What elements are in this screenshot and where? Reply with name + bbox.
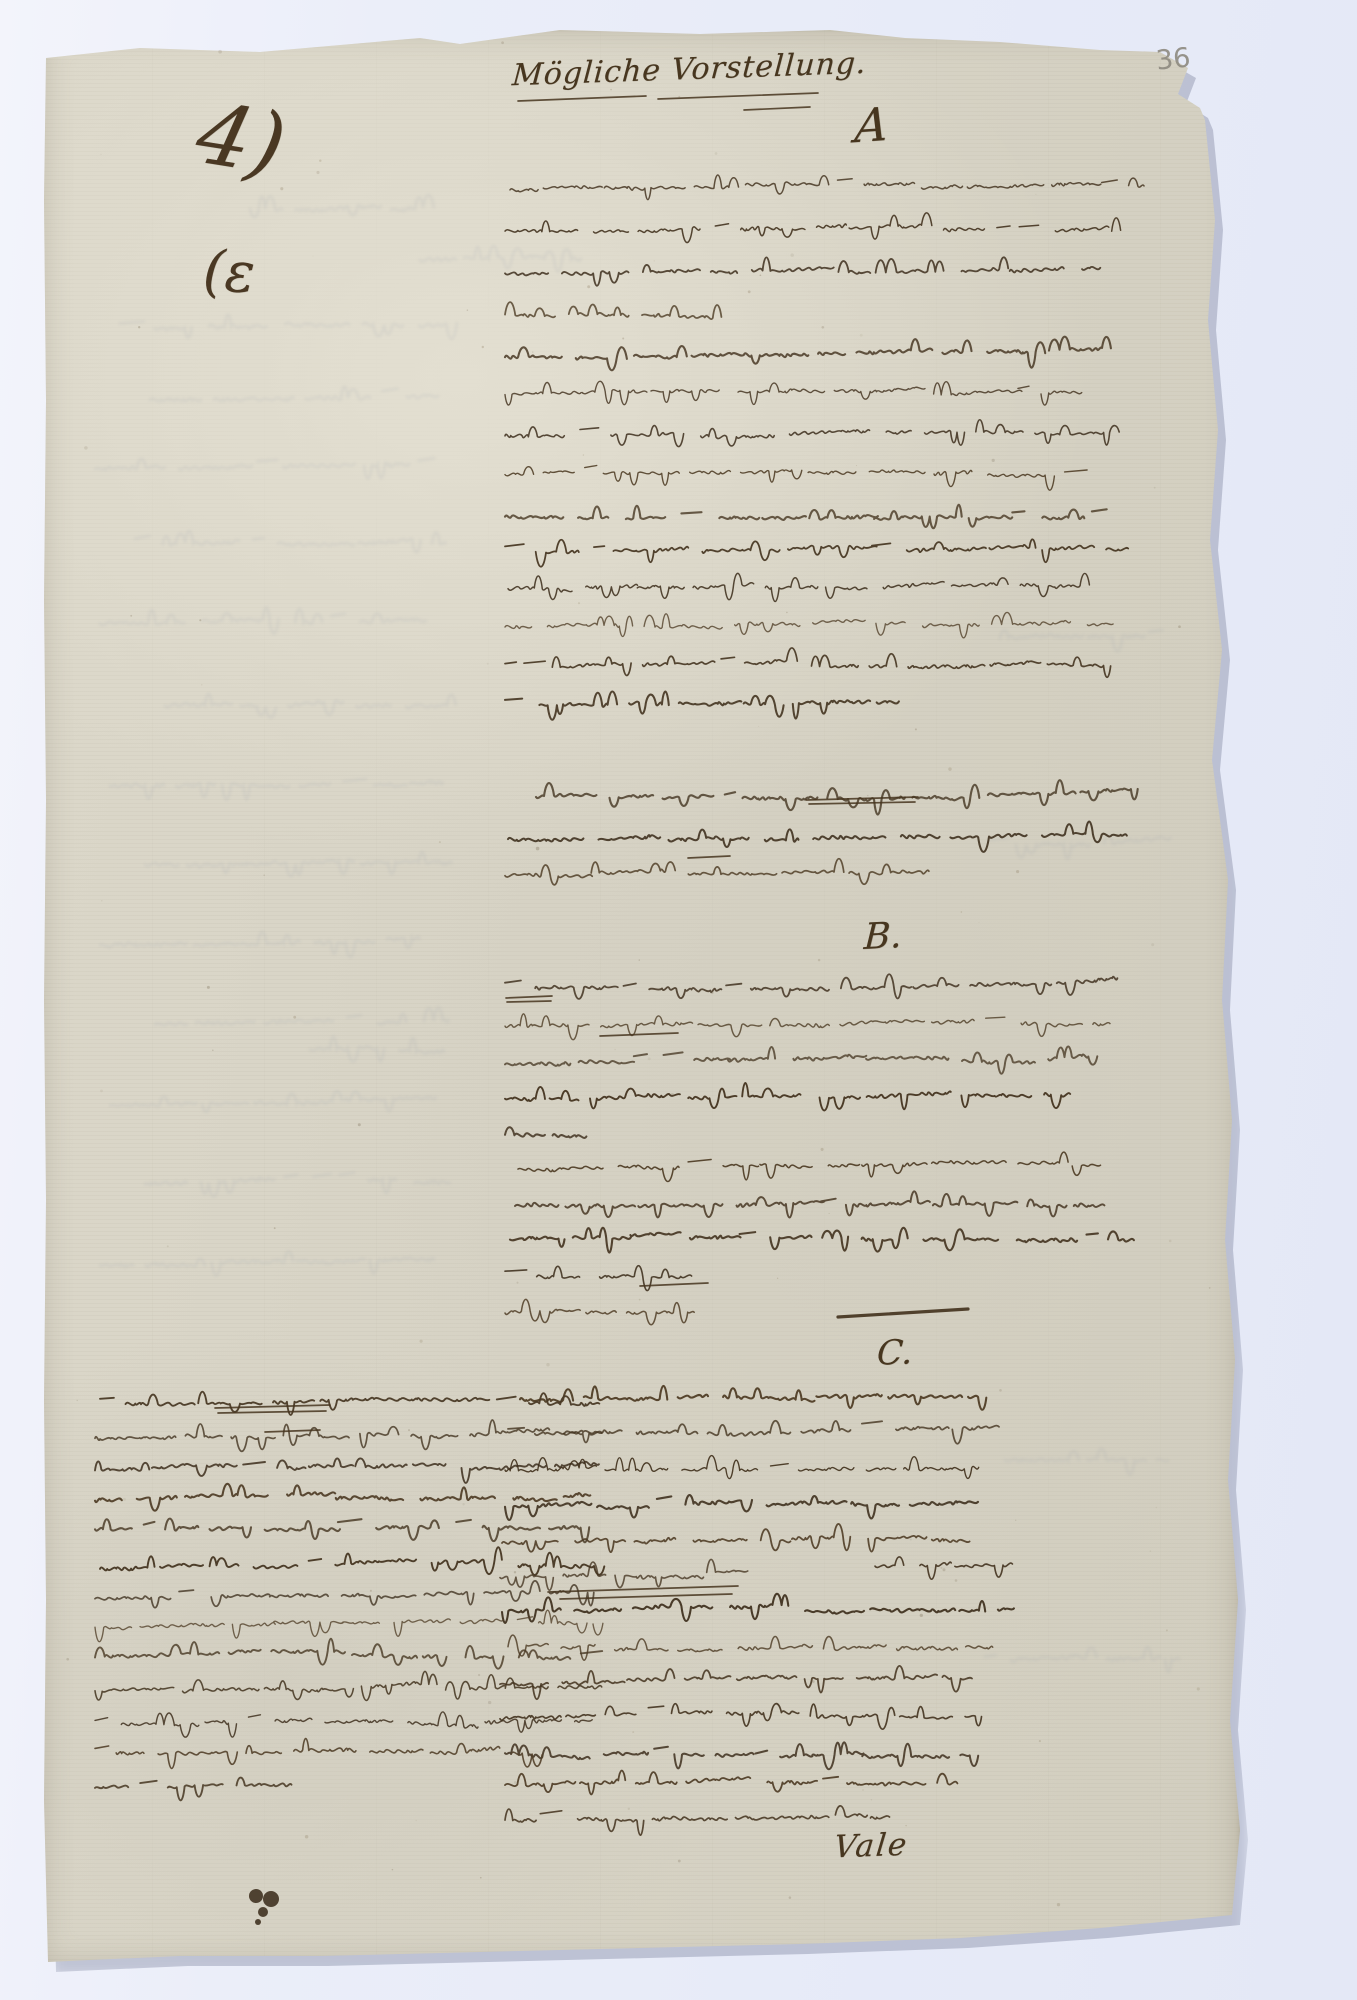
- section-c-label: C.: [876, 1332, 914, 1373]
- margin-mark-bottom: (ε: [201, 239, 256, 307]
- closing-word: Vale: [832, 1827, 910, 1866]
- scan-background: { "document": { "kind": "handwritten man…: [0, 0, 1357, 2000]
- section-a-label: A: [853, 97, 890, 154]
- page-number-pencil: 36: [1154, 42, 1191, 76]
- manuscript-paper-sheet: [40, 28, 1240, 1968]
- section-b-label: B.: [863, 915, 903, 958]
